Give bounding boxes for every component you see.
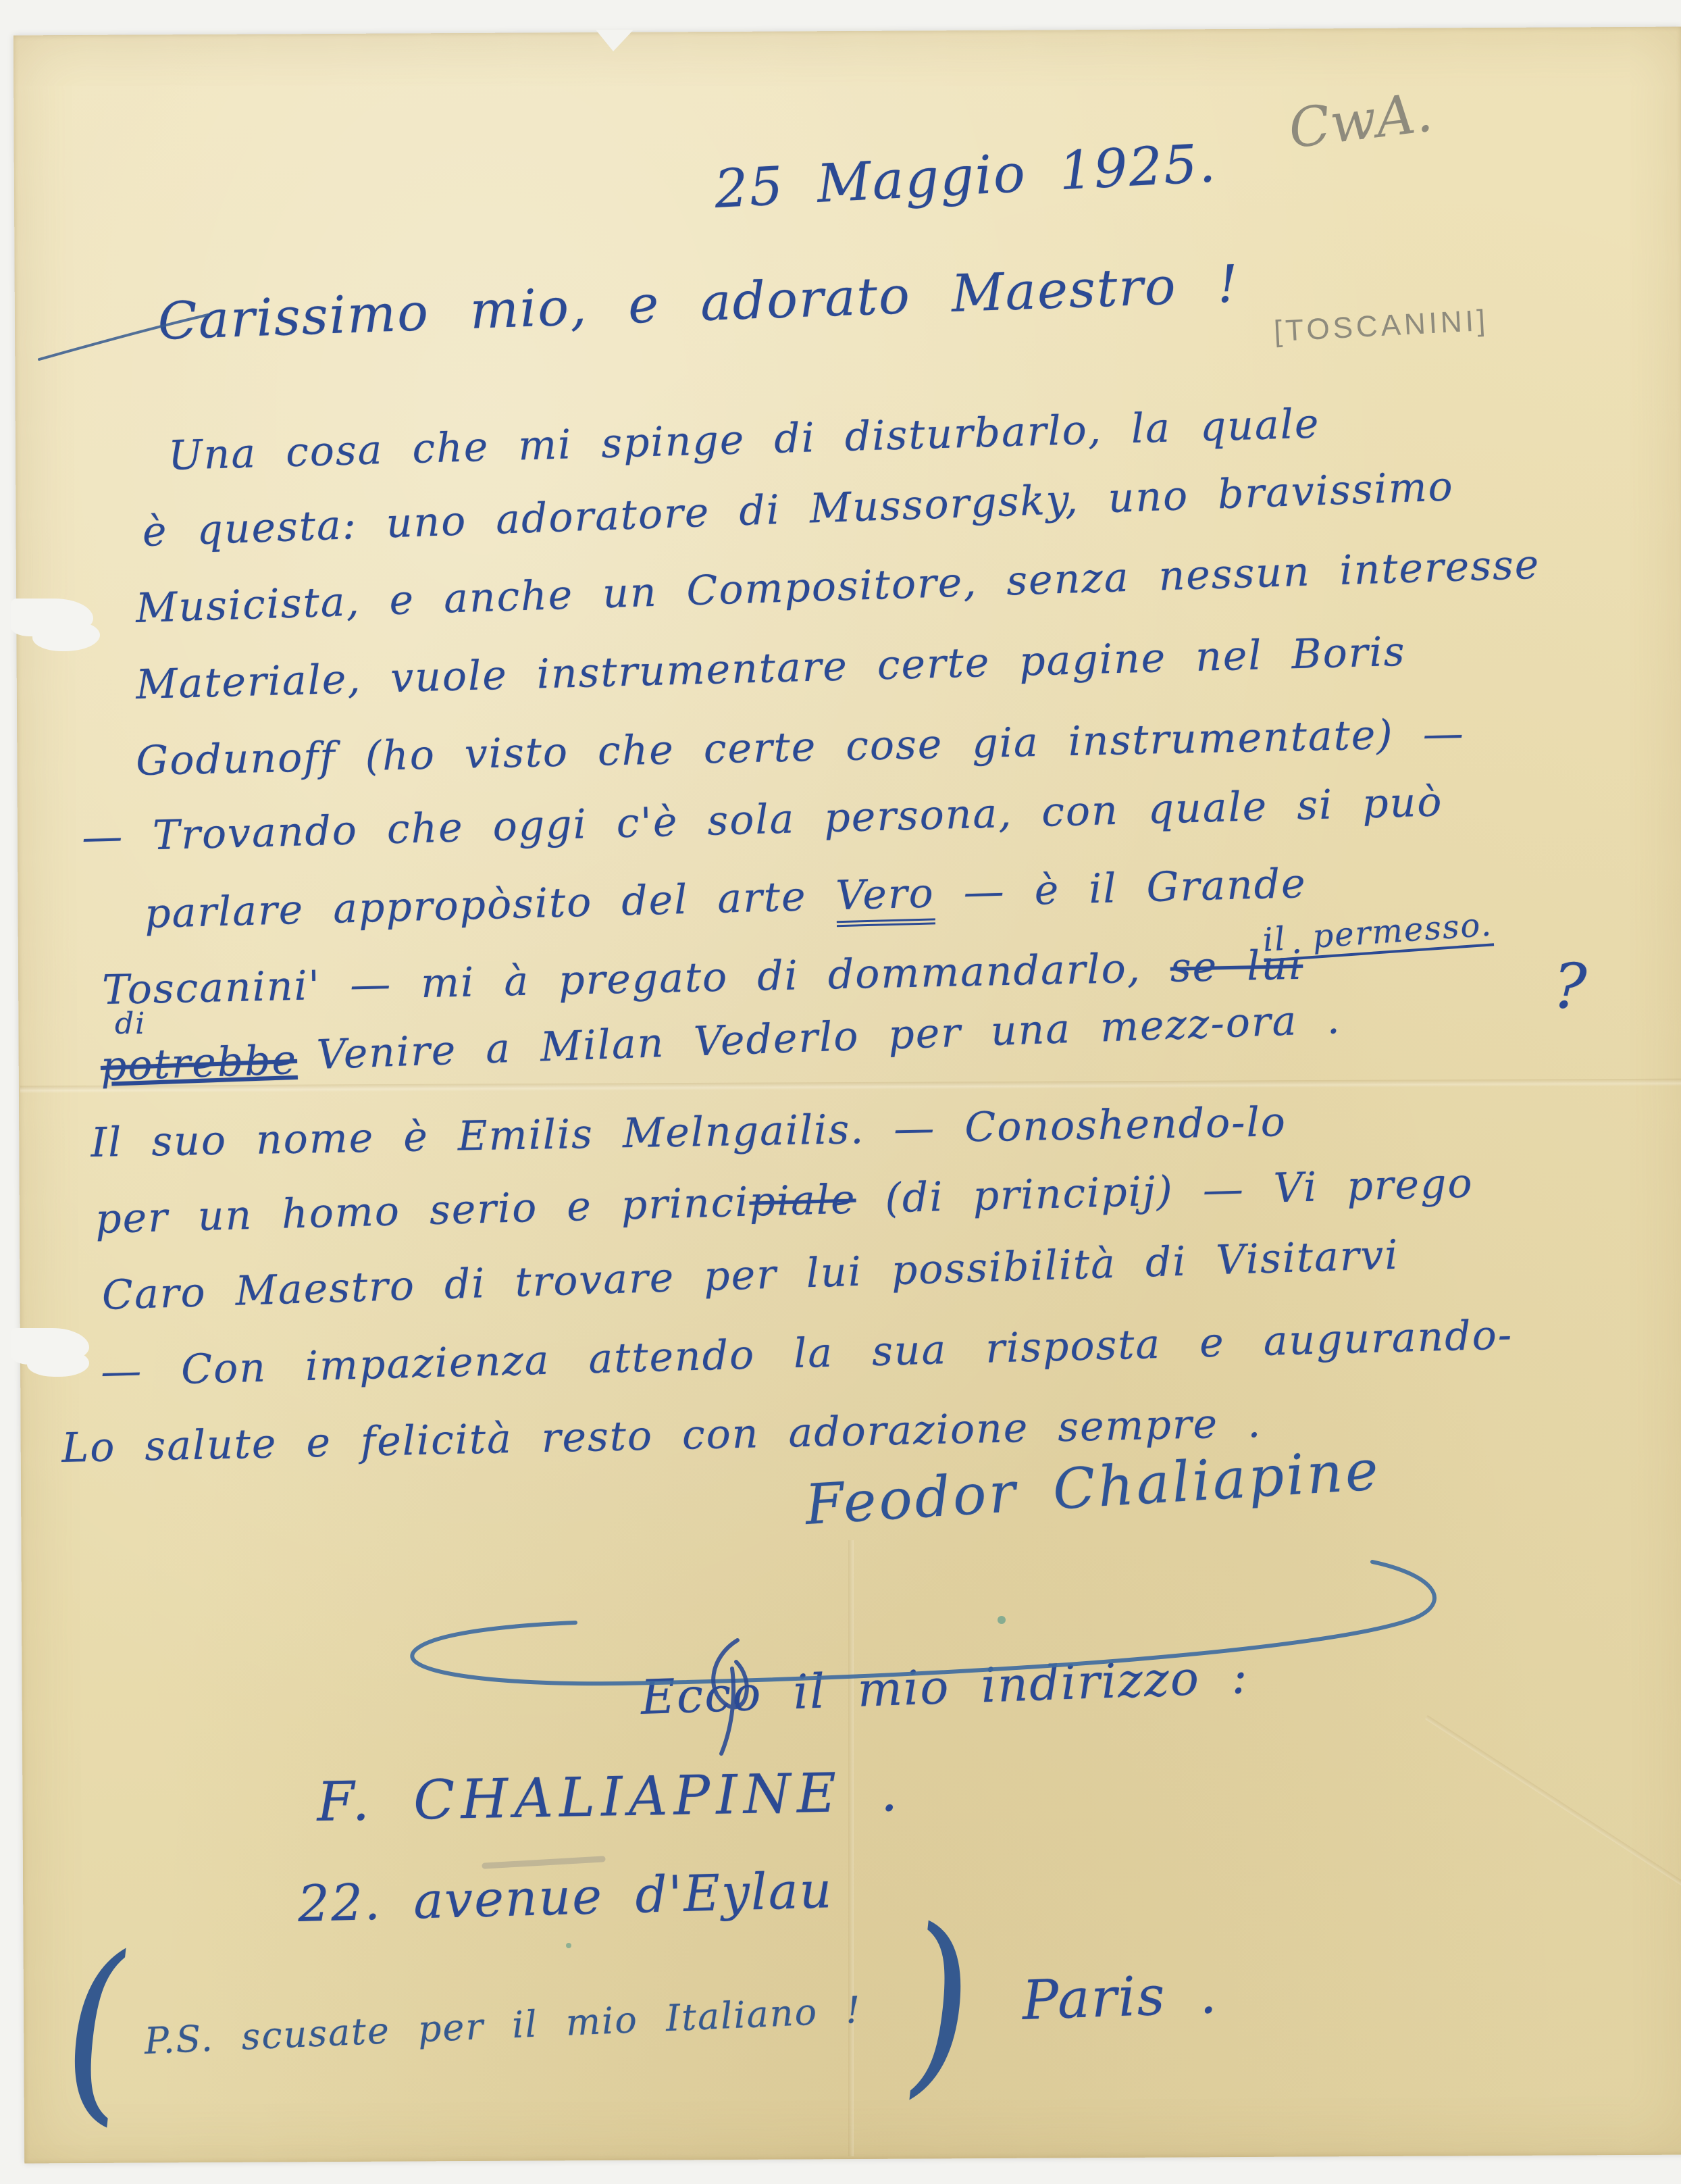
address-street-line: 22. avenue d'Eylau [297,1865,833,1929]
insertion-di: di [115,1009,146,1039]
ps-paren-close: ) [900,1901,978,2100]
body-line-7-post: — è il Grande [934,860,1308,917]
struck-word-potrebbe: potrebbe [100,1040,298,1087]
paper-top-notch [596,30,633,51]
torn-hole-bottom-blob [27,1348,89,1377]
ps-paren-open: ( [56,1932,134,2131]
address-city-line: Paris . [1021,1967,1218,2028]
scanned-letter-page: CwA. [TOSCANINI] 25 Maggio 1925. Carissi… [0,0,1681,2184]
struck-part-piale: piale [749,1176,857,1226]
struck-words-se-lui: se lui [1170,942,1303,992]
underlined-word-vero: Vero [835,869,935,927]
address-name-line: F. CHALIAPINE . [317,1765,904,1829]
marginal-question-mark: ? [1552,955,1589,1019]
